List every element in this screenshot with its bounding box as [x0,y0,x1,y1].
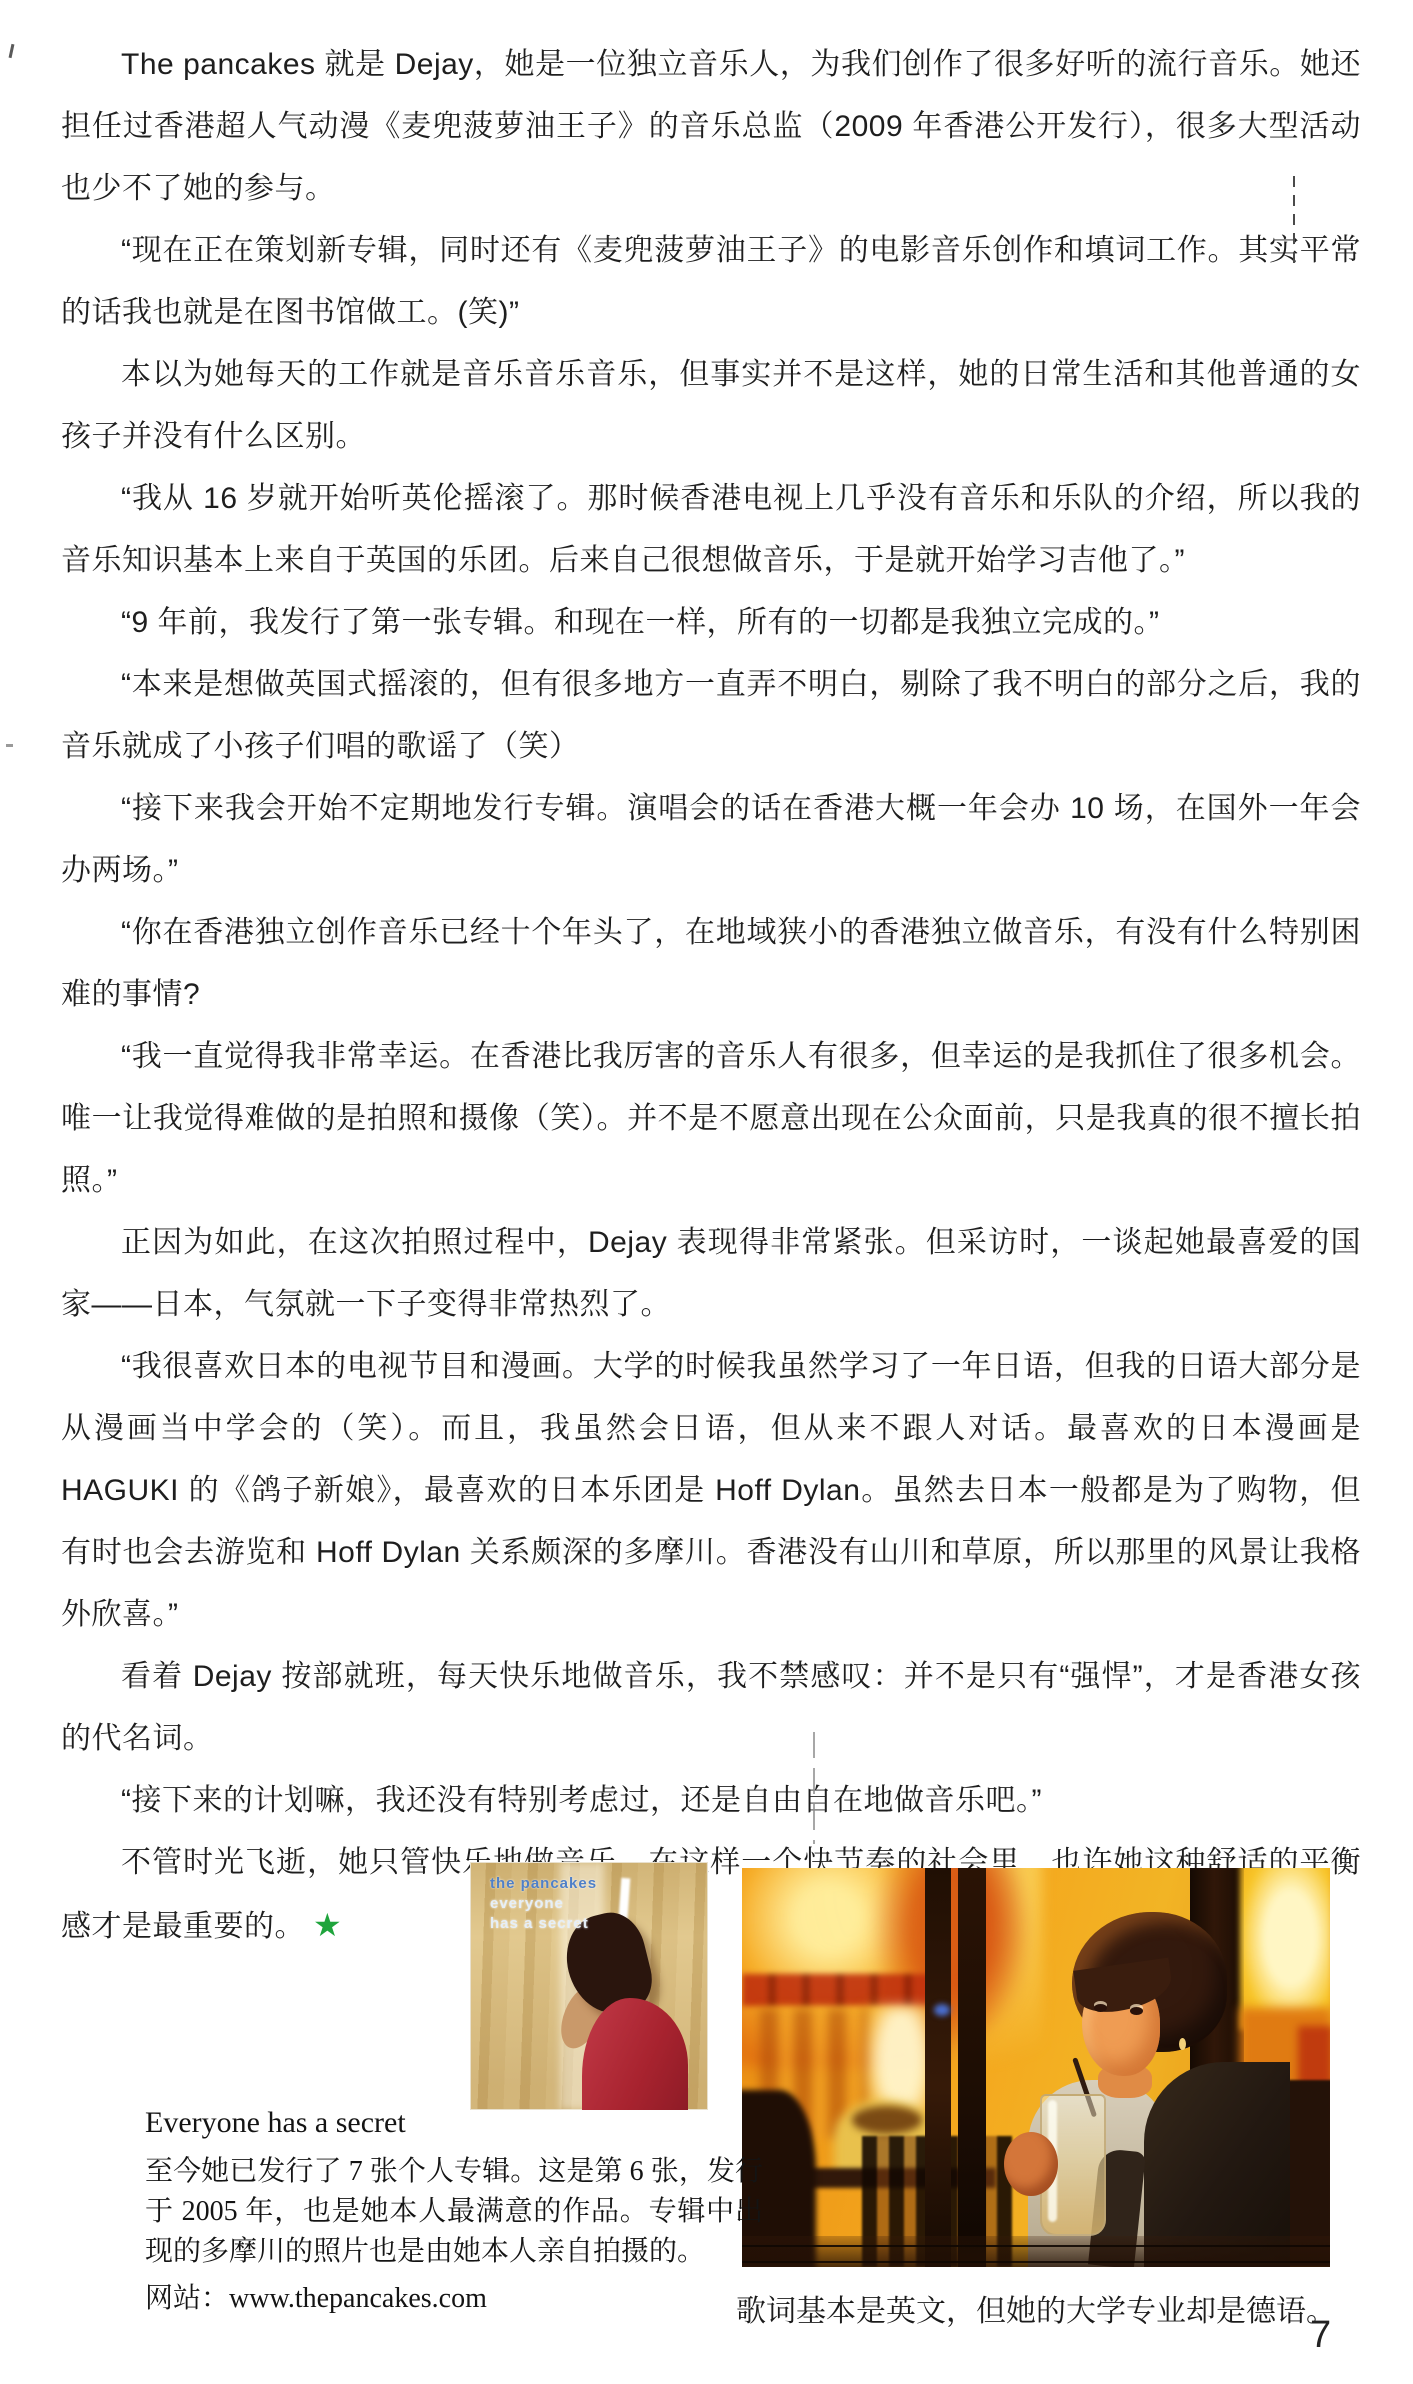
article-paragraph: 本以为她每天的工作就是音乐音乐音乐，但事实并不是这样，她的日常生活和其他普通的女… [61,344,1361,468]
album-title-line: everyone [490,1894,597,1914]
woman-eye [1094,2004,1107,2012]
article-paragraph: “我很喜欢日本的电视节目和漫画。大学的时候我虽然学习了一年日语，但我的日语大部分… [61,1336,1361,1646]
photo-window-frame-bar [925,1868,951,2267]
scan-artifact-line [742,2261,1330,2263]
album-cover-image: the pancakes everyone has a secret [470,1862,708,2110]
album-title-line: has a secret [490,1914,597,1934]
scan-artifact-dashed-line [1293,176,1295,266]
magazine-page: The pancakes 就是 Dejay，她是一位独立音乐人，为我们创作了很多… [0,0,1413,2384]
woman-hand [1004,2132,1058,2196]
photo-lens-flare [934,2004,950,2016]
article-paragraph: “本来是想做英国式摇滚的，但有很多地方一直弄不明白，剔除了我不明白的部分之后，我… [61,654,1361,778]
article-paragraph: “现在正在策划新专辑，同时还有《麦兜菠萝油王子》的电影音乐创作和填词工作。其实平… [61,220,1361,344]
scan-artifact-speck [9,44,15,58]
album-caption: Everyone has a secret 至今她已发行了 7 张个人专辑。这是… [145,2106,763,2316]
woman-earring [1179,2038,1186,2050]
album-title-block: the pancakes everyone has a secret [490,1874,597,1934]
scan-artifact-thread-line [813,1732,815,1844]
article-paragraph: “9 年前，我发行了第一张专辑。和现在一样，所有的一切都是我独立完成的。” [61,592,1361,654]
article-paragraph: “接下来的计划嘛，我还没有特别考虑过，还是自由自在地做音乐吧。” [61,1770,1361,1832]
star-icon: ★ [313,1907,342,1943]
album-caption-body: 至今她已发行了 7 张个人专辑。这是第 6 张，发行于 2005 年，也是她本人… [145,2152,763,2272]
article-paragraph: 正因为如此，在这次拍照过程中，Dejay 表现得非常紧张。但采访时，一谈起她最喜… [61,1212,1361,1336]
photo-window-frame-bar [958,1868,986,2267]
article-paragraph: “我从 16 岁就开始听英伦摇滚了。那时候香港电视上几乎没有音乐和乐队的介绍，所… [61,468,1361,592]
article-paragraph: 看着 Dejay 按部就班，每天快乐地做音乐，我不禁感叹：并不是只有“强悍”，才… [61,1646,1361,1770]
album-caption-title: Everyone has a secret [145,2106,763,2140]
article-paragraph: “你在香港独立创作音乐已经十个年头了，在地域狭小的香港独立做音乐，有没有什么特别… [61,902,1361,1026]
photo-image [742,1868,1330,2267]
article-paragraph: “接下来我会开始不定期地发行专辑。演唱会的话在香港大概一年会办 10 场，在国外… [61,778,1361,902]
scan-artifact-speck [6,744,13,747]
article-body: The pancakes 就是 Dejay，她是一位独立音乐人，为我们创作了很多… [61,34,1361,1958]
article-paragraph: “我一直觉得我非常幸运。在香港比我厉害的音乐人有很多，但幸运的是我抓住了很多机会… [61,1026,1361,1212]
scan-artifact-line [742,2245,1330,2247]
photo-red-sign [742,1974,932,2006]
article-paragraph: The pancakes 就是 Dejay，她是一位独立音乐人，为我们创作了很多… [61,34,1361,220]
photo-caption: 歌词基本是英文，但她的大学专业却是德语。 [736,2286,1376,2330]
woman-eye [1130,2007,1143,2015]
photo-car-window [852,2106,922,2134]
album-caption-website: 网站：www.thepancakes.com [145,2276,763,2316]
photo-bright-window [1240,1868,1330,2030]
page-number: 7 [1310,2314,1331,2357]
album-artist-name: the pancakes [490,1874,597,1894]
